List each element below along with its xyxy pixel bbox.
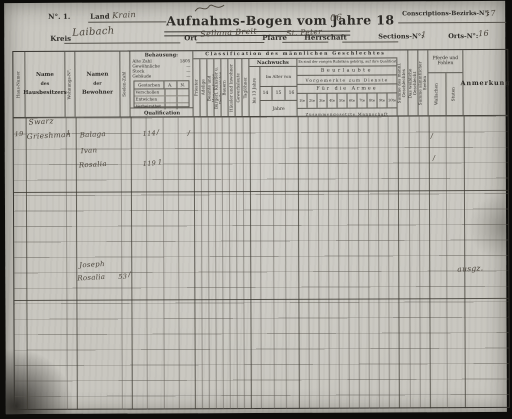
sub-box-row: Entwichen bbox=[135, 95, 189, 103]
inhabitants-line3: Bewohner bbox=[82, 89, 113, 98]
hw-tally-mark: / bbox=[187, 129, 190, 137]
hw-tally-mark: / bbox=[433, 154, 436, 162]
horses-title: Pferde und Fohlen bbox=[428, 50, 462, 73]
behausung-rows: Alte Zahl 1805 Gewöhnliche — Stock — Geb… bbox=[130, 58, 192, 78]
category-label: Adelige bbox=[201, 80, 206, 96]
year-handwriting: 06 bbox=[330, 13, 343, 24]
category-label: Häusler und Inwohner bbox=[229, 64, 234, 112]
col-header-female: Das weibliche Geschlecht bbox=[408, 50, 418, 115]
sub-box-row: Verschollen bbox=[134, 89, 188, 96]
hw-house-number: 19 bbox=[14, 130, 23, 138]
conscription-rule bbox=[398, 22, 506, 23]
sub-box-cell bbox=[176, 89, 188, 95]
col-header-remarks: Anmerkung bbox=[463, 50, 507, 115]
ort-value-handwriting: Sellana Breit bbox=[200, 27, 257, 39]
female-label: Das weibliche Geschlecht bbox=[408, 56, 417, 110]
house-number-label: Haus-Numer bbox=[17, 71, 22, 98]
col-header-souls-count: Seelen-Zahl bbox=[120, 52, 130, 117]
category-label: Gewerbsleute bbox=[236, 73, 241, 102]
souls-count-label: Seelen-Zahl bbox=[123, 71, 128, 96]
behausung-sub-box: Gestorben A. N. Verschollen Entwichen Ve… bbox=[133, 80, 189, 107]
class-cell: 5te bbox=[337, 94, 347, 108]
sub-box-cell bbox=[164, 96, 176, 102]
nachwuchs-box: Nachwuchs bis 13 Jahre Im Alter von 14 1… bbox=[249, 59, 297, 116]
age-cell: 15 bbox=[271, 86, 284, 100]
group-separator bbox=[14, 298, 508, 301]
land-value-handwriting: Krain bbox=[112, 10, 136, 20]
land-label: Land bbox=[90, 12, 109, 21]
category-label: Bürgerl. Künstler u. Professionisten bbox=[214, 61, 220, 115]
herrschaft-rule bbox=[342, 41, 398, 42]
hw-resident-name: Rosalia bbox=[77, 273, 105, 283]
col-header-owner: Name des Hausbesitzers bbox=[25, 52, 65, 117]
behausung-row-label: Gebäude bbox=[132, 73, 151, 78]
horses-col: Wallachen bbox=[428, 73, 445, 115]
class-cell: 9te bbox=[377, 93, 387, 107]
inhabitants-line1: Namen bbox=[86, 71, 108, 80]
dwelling-number-label: Wohnungs-N°. bbox=[68, 69, 73, 100]
conscription-table: Haus-Numer Name des Hausbesitzers Wohnun… bbox=[12, 49, 510, 410]
hw-resident-number: 114 bbox=[142, 129, 156, 138]
hw-owner-name-line1: Swarz bbox=[28, 116, 54, 126]
army-row-beurlaubte: Beurlaubte bbox=[297, 66, 396, 75]
herrschaft-label: Herrschaft bbox=[304, 33, 347, 42]
sheet-number: N°. 1. bbox=[48, 12, 70, 21]
ort-rule bbox=[196, 42, 264, 43]
category-label: Beamte und Honoratioren bbox=[207, 61, 213, 115]
horses-col-label: Stuten bbox=[452, 87, 457, 101]
behausung-row: Gebäude — bbox=[132, 73, 190, 78]
conscription-district-label: Conscriptions-Bezirks-N°: bbox=[402, 10, 490, 17]
sub-box-row-label: Entwichen bbox=[135, 96, 165, 102]
hw-resident-name: Balaga bbox=[79, 130, 106, 139]
col-header-inhabitants: Namen der Bewohner bbox=[75, 52, 120, 117]
hw-resident-number: 53 bbox=[118, 272, 127, 280]
pfarre-label: Pfarre bbox=[262, 33, 287, 42]
sub-box-row-label: Verschollen bbox=[134, 89, 164, 95]
col-header-souls-sum: Summe sämmtlicher Seelen bbox=[418, 50, 428, 115]
army-age-classes: 1te 2te 3te 4te 5te 6te 7te 8te 9te 10te bbox=[298, 93, 397, 107]
owner-line3: Hausbesitzers bbox=[23, 89, 67, 98]
behausung-row-value: — bbox=[186, 73, 190, 78]
inhabitants-line2: der bbox=[93, 80, 101, 89]
nachwuchs-note: Im Alter von bbox=[259, 66, 297, 87]
behausung-box: Behausung: Alte Zahl 1805 Gewöhnliche — … bbox=[130, 51, 193, 116]
nachwuchs-unit: Jahre bbox=[260, 100, 298, 117]
conscription-district-value: 17 bbox=[485, 9, 496, 19]
class-cell: 1te bbox=[298, 94, 307, 108]
age-cell: 16 bbox=[284, 86, 297, 100]
col-header-male-sum: Summe des männl. Geschlechtes bbox=[397, 50, 408, 115]
sub-box-title: Gestorben bbox=[134, 81, 163, 88]
page-title: Aufnahms-Bogen vom Jahre 18 bbox=[166, 12, 394, 28]
army-row-vorgemerkte: Vorgemerkte zum Dienste bbox=[297, 75, 396, 84]
kreis-label: Kreis bbox=[50, 34, 71, 43]
class-cell: 10te bbox=[387, 93, 397, 107]
group-separator bbox=[14, 190, 508, 193]
army-box: Es sind der vorigen Rubriken gehörig, au… bbox=[297, 58, 397, 115]
col-header-house-number: Haus-Numer bbox=[13, 52, 25, 117]
ort-label: Ort bbox=[184, 33, 197, 42]
land-rule bbox=[88, 21, 166, 22]
category-label: Priester bbox=[194, 79, 199, 96]
sections-label: Sections-N°: bbox=[378, 32, 423, 40]
category-label: Taglöhner bbox=[243, 77, 248, 98]
sub-box-col-a: A. bbox=[164, 81, 176, 88]
hw-tally-mark: / bbox=[430, 132, 433, 140]
nachwuchs-age-cells: 14 15 16 bbox=[259, 86, 297, 100]
sub-box-cell bbox=[176, 96, 188, 102]
class-cell: 4te bbox=[327, 94, 337, 108]
hw-dwelling-mark: 1 bbox=[66, 130, 71, 137]
male-sum-label: Summe des männl. Geschlechtes bbox=[398, 56, 407, 110]
class-cell: 6te bbox=[347, 94, 357, 108]
hw-remark: ausgz. bbox=[457, 263, 484, 273]
vertical-ruling bbox=[14, 118, 16, 410]
pfarre-rule bbox=[282, 42, 328, 43]
col-header-dwelling-number: Wohnungs-N°. bbox=[65, 52, 75, 117]
age-cell: 14 bbox=[259, 86, 271, 100]
horses-cols: Wallachen Stuten bbox=[428, 73, 462, 115]
scanned-census-sheet: N°. 1. Land Krain Aufnahms-Bogen vom Jah… bbox=[4, 1, 507, 414]
category-label: Bauern bbox=[222, 80, 227, 95]
hw-tally-mark: / bbox=[156, 128, 159, 136]
class-cell: 7te bbox=[357, 94, 367, 108]
hw-tally-mark: / bbox=[128, 270, 131, 278]
class-cell: 3te bbox=[317, 94, 327, 108]
sub-box-col-n: N. bbox=[176, 81, 188, 88]
hw-resident-name: Joseph bbox=[79, 260, 105, 269]
souls-sum-label: Summe sämmtlicher Seelen bbox=[418, 56, 427, 110]
kreis-rule bbox=[64, 42, 180, 44]
horses-col-label: Wallachen bbox=[434, 83, 439, 105]
owner-line1: Name bbox=[36, 71, 54, 80]
owner-line2: des bbox=[41, 80, 50, 89]
orts-value-handwriting: 16 bbox=[478, 29, 489, 39]
hw-resident-name: Ivan bbox=[81, 146, 98, 155]
hw-resident-number: 119 bbox=[143, 159, 157, 168]
class-cell: 2te bbox=[307, 94, 317, 108]
hw-resident-name: Rosalia bbox=[79, 160, 107, 170]
nachwuchs-side-label: bis 13 Jahre bbox=[252, 78, 257, 104]
horses-box: Pferde und Fohlen Wallachen Stuten bbox=[428, 50, 463, 115]
hw-tally-mark: 1 bbox=[158, 158, 163, 166]
kreis-value-handwriting: Laibach bbox=[72, 26, 115, 39]
army-row-fuer-die-armee: Für die Armee bbox=[297, 84, 396, 93]
orts-label: Orts-N°: bbox=[448, 32, 478, 40]
sub-box-cell bbox=[164, 89, 176, 95]
class-cell: 8te bbox=[367, 93, 377, 107]
sections-value-handwriting: 1 bbox=[421, 30, 427, 39]
